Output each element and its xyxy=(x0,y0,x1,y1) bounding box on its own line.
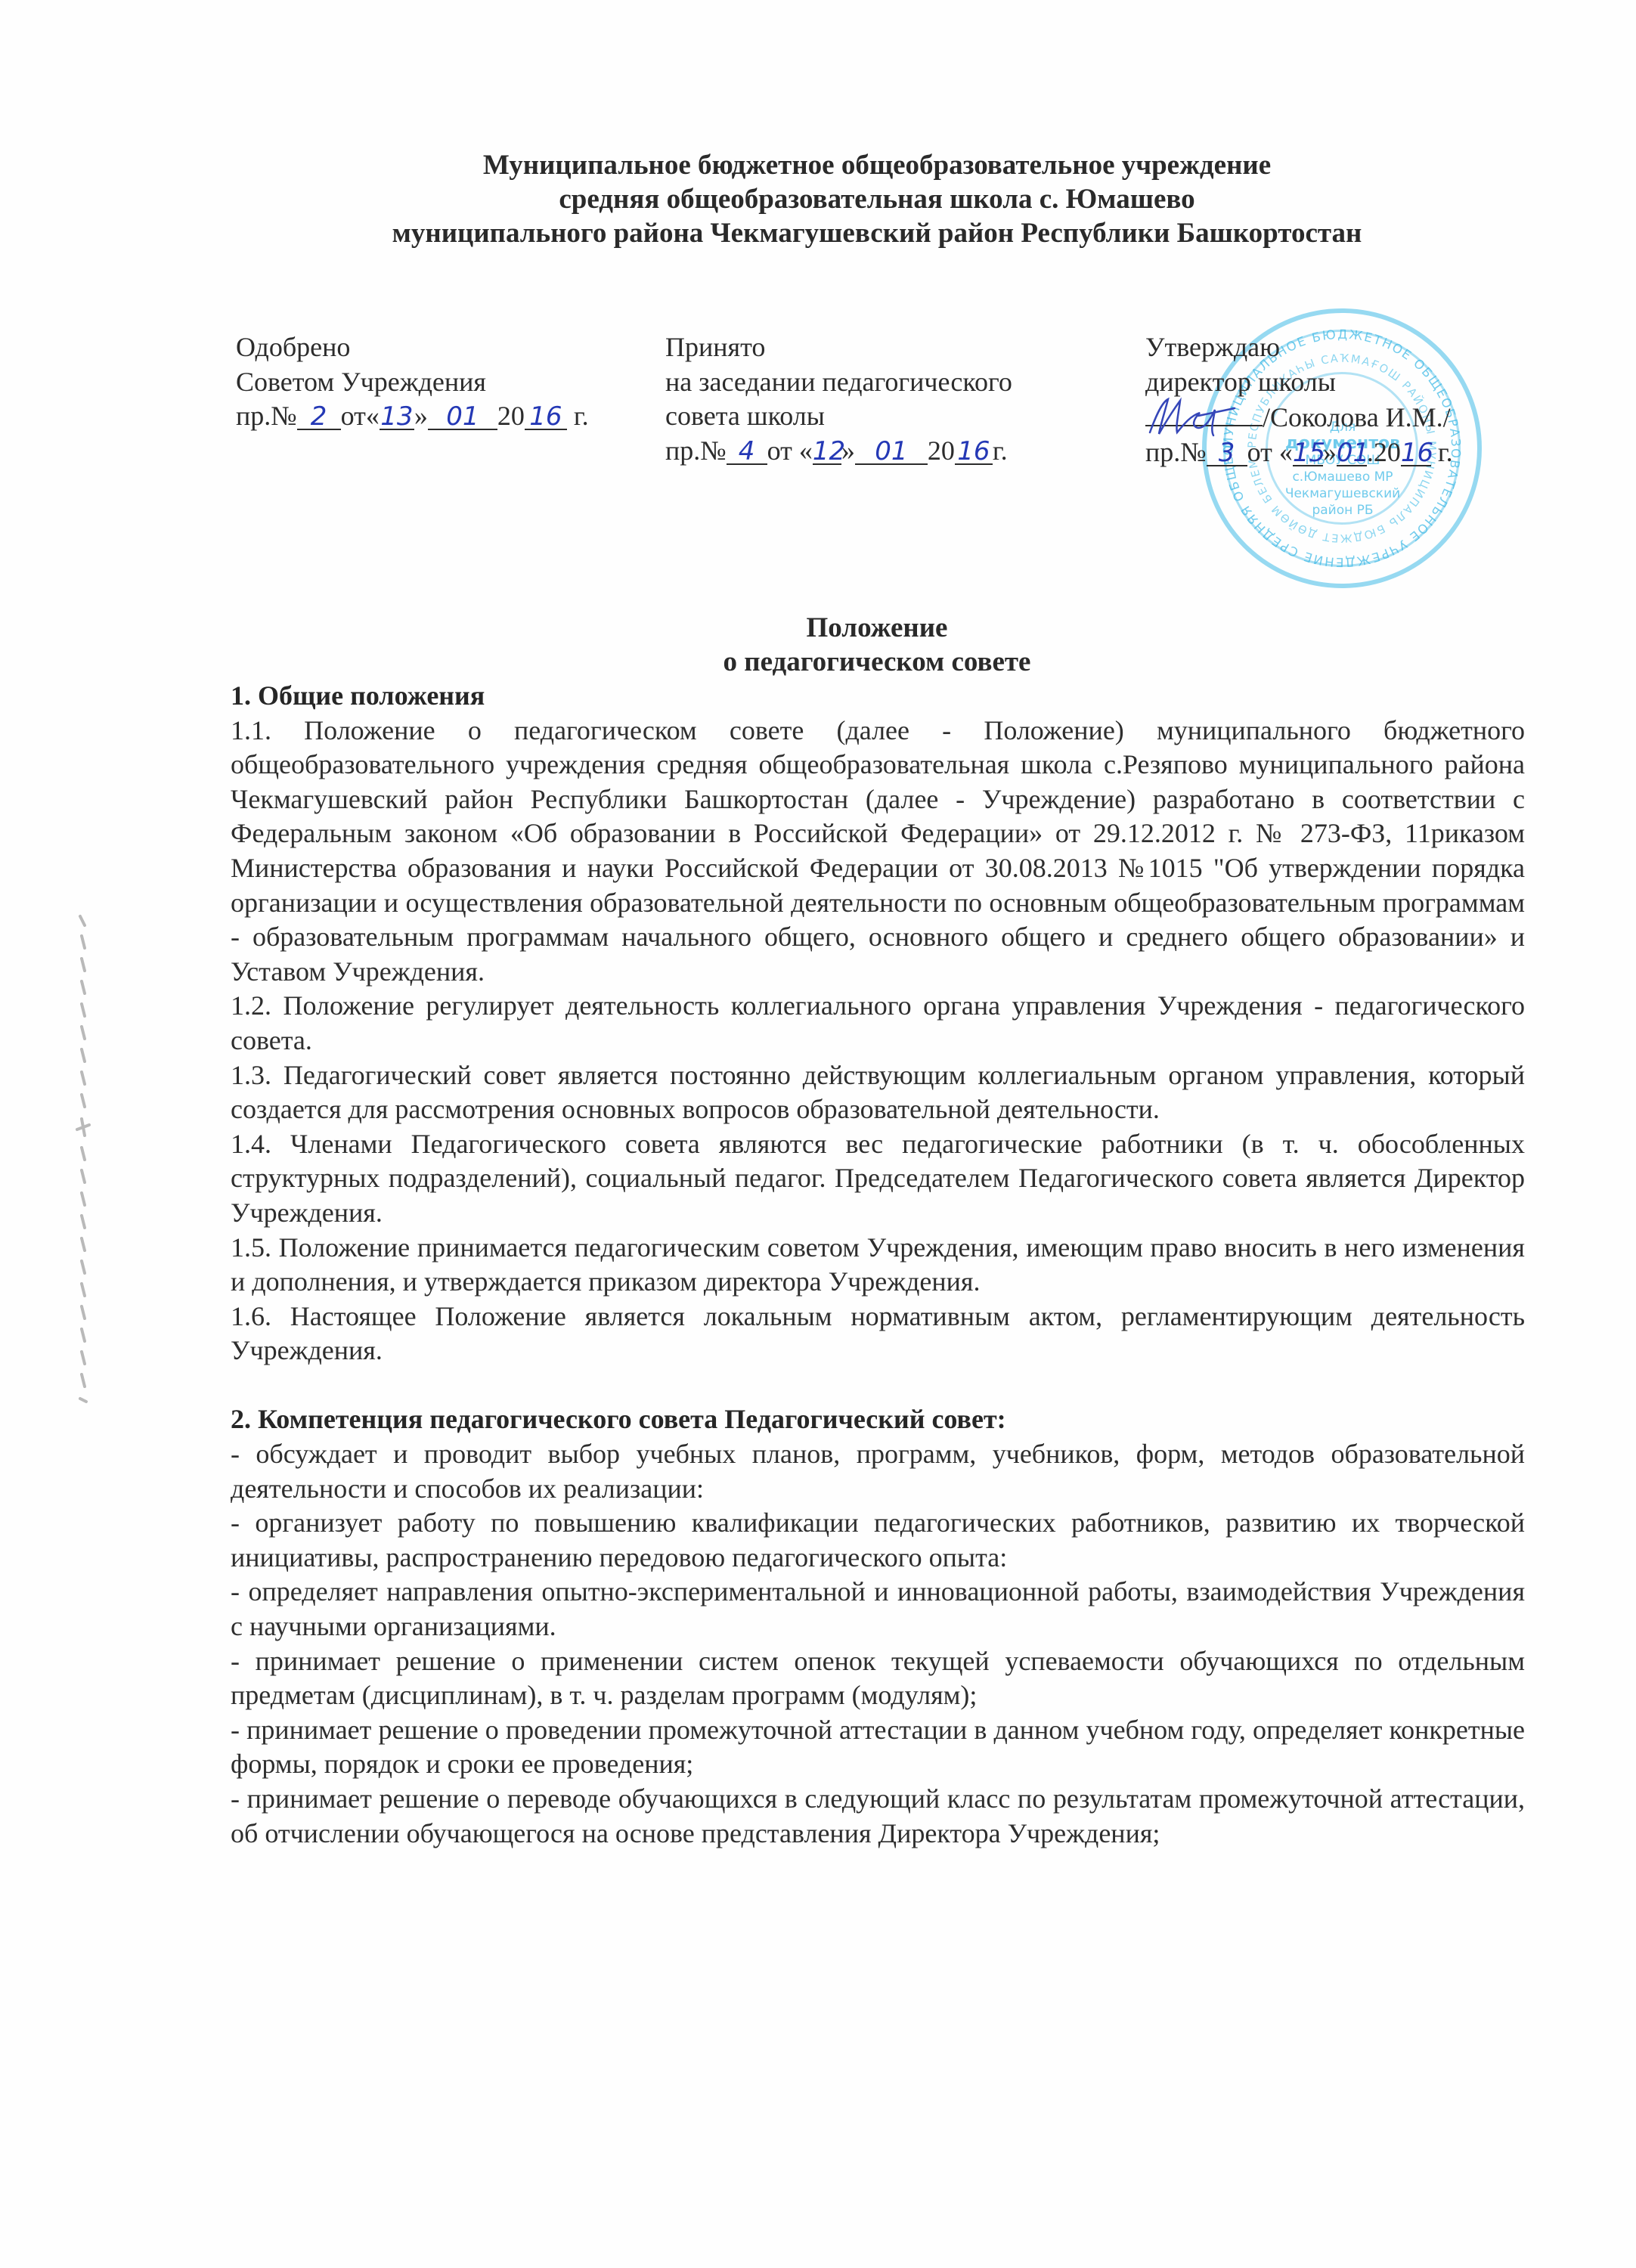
month-field: 01 xyxy=(1337,439,1367,466)
year-field: 16 xyxy=(1401,439,1431,466)
stamp-line: район РБ xyxy=(1282,502,1403,519)
stamp-line: с.Юмашево МР xyxy=(1282,469,1403,485)
year-prefix: 20 xyxy=(497,401,525,431)
paragraph: 1.6. Настоящее Положение является локаль… xyxy=(231,1300,1525,1368)
paragraph: 1.3. Педагогический совет является посто… xyxy=(231,1058,1525,1127)
section-heading: 2. Компетенция педагогического совета Пе… xyxy=(231,1402,1525,1437)
approval-protocol-line: пр.№4от «12»012016г. xyxy=(665,434,1012,469)
approval-title: Принято xyxy=(665,330,1012,365)
paragraph: 1.5. Положение принимается педагогически… xyxy=(231,1231,1525,1300)
approval-block-council: Одобрено Советом Учреждения пр.№2от«13»0… xyxy=(236,330,589,434)
signatory-name: /Соколова И.М./ xyxy=(1263,402,1451,432)
approval-title: Одобрено xyxy=(236,330,589,365)
organization-header: Муниципальное бюджетное общеобразователь… xyxy=(227,148,1527,250)
list-item: - принимает решение о переводе обучающих… xyxy=(231,1782,1525,1851)
binding-stitch-icon xyxy=(70,910,92,1409)
document-title-line: Положение xyxy=(227,611,1527,645)
list-item: - организует работу по повышению квалифи… xyxy=(231,1506,1525,1575)
document-subtitle-line: о педагогическом совете xyxy=(227,645,1527,679)
year-end: г. xyxy=(1438,437,1453,467)
protocol-number-field: 2 xyxy=(297,403,341,430)
header-line: средняя общеобразовательная школа с. Юма… xyxy=(227,182,1527,216)
protocol-number-field: 3 xyxy=(1207,439,1247,466)
year-field: 16 xyxy=(955,438,993,465)
handwritten-signature-icon xyxy=(1145,393,1251,438)
day-close: » xyxy=(414,401,428,431)
document-body: 1. Общие положения 1.1. Положение о педа… xyxy=(231,679,1525,1851)
paragraph: 1.4. Членами Педагогического совета явля… xyxy=(231,1127,1525,1231)
date-prefix: от « xyxy=(767,435,813,466)
year-end: г. xyxy=(993,435,1008,466)
protocol-prefix: пр.№ xyxy=(665,435,727,466)
document-title: Положение о педагогическом совете xyxy=(227,611,1527,679)
approval-subtitle: совета школы xyxy=(665,399,1012,434)
year-field: 16 xyxy=(525,403,567,430)
paragraph: 1.1. Положение о педагогическом совете (… xyxy=(231,714,1525,990)
protocol-number-field: 4 xyxy=(727,438,767,465)
day-field: 12 xyxy=(813,438,841,465)
date-prefix: от « xyxy=(1247,437,1293,467)
list-item: - определяет направления опытно-эксперим… xyxy=(231,1575,1525,1644)
list-item: - принимает решение о применении систем … xyxy=(231,1644,1525,1713)
year-prefix: .20 xyxy=(1367,437,1401,467)
approval-subtitle: Советом Учреждения xyxy=(236,365,589,400)
day-field: 13 xyxy=(380,403,414,430)
day-field: 15 xyxy=(1293,439,1323,466)
month-field: 01 xyxy=(855,438,928,465)
approval-protocol-line: пр.№3от «15»01.2016 г. xyxy=(1145,435,1453,470)
section-heading: 1. Общие положения xyxy=(231,679,1525,714)
approval-subtitle: на заседании педагогического xyxy=(665,365,1012,400)
protocol-prefix: пр.№ xyxy=(1145,437,1207,467)
spacer xyxy=(231,1368,1525,1403)
header-line: Муниципальное бюджетное общеобразователь… xyxy=(227,148,1527,182)
approval-block-pedagogical-council: Принято на заседании педагогического сов… xyxy=(665,330,1012,468)
approval-title: Утверждаю xyxy=(1145,330,1453,365)
year-prefix: 20 xyxy=(928,435,955,466)
list-item: - принимает решение о проведении промежу… xyxy=(231,1713,1525,1782)
header-line: муниципального района Чекмагушевский рай… xyxy=(227,216,1527,250)
paragraph: 1.2. Положение регулирует деятельность к… xyxy=(231,989,1525,1058)
date-prefix: от« xyxy=(341,401,380,431)
year-end: г. xyxy=(574,401,589,431)
document-page: Муниципальное бюджетное общеобразователь… xyxy=(0,0,1636,2268)
list-item: - обсуждает и проводит выбор учебных пла… xyxy=(231,1437,1525,1506)
stamp-line: Чекмагушевский xyxy=(1282,485,1403,502)
protocol-prefix: пр.№ xyxy=(236,401,297,431)
month-field: 01 xyxy=(428,403,497,430)
approval-protocol-line: пр.№2от«13»012016 г. xyxy=(236,399,589,434)
